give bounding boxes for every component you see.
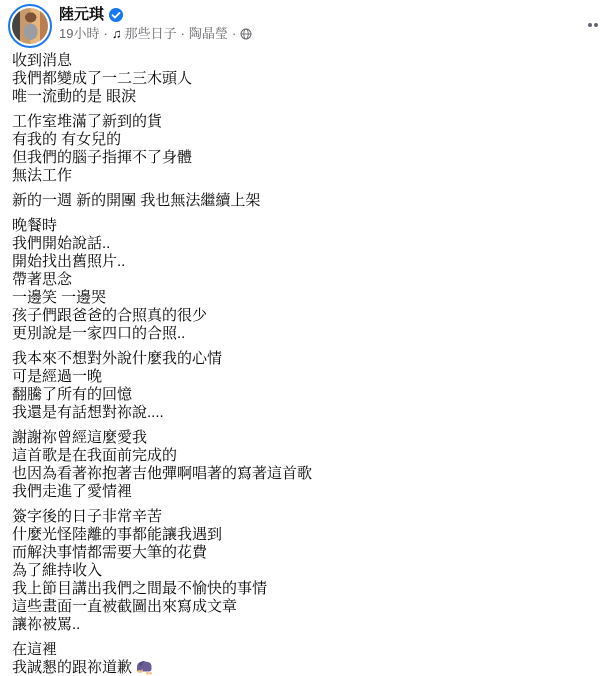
song-title[interactable]: 那些日子 bbox=[125, 26, 177, 42]
post-paragraph: 新的一週 新的開團 我也無法繼續上架 bbox=[12, 192, 584, 210]
post-paragraph: 在這裡 我誠懇的跟祢道歉 bbox=[12, 641, 584, 676]
post-paragraph: 謝謝祢曾經這麼愛我 這首歌是在我面前完成的 也因為看著祢抱著吉他彈啊唱著的寫著這… bbox=[12, 429, 584, 501]
ellipsis-dot bbox=[588, 23, 592, 27]
more-options-button[interactable] bbox=[584, 19, 600, 31]
post-paragraph: 工作室堆滿了新到的貨 有我的 有女兒的 但我們的腦子指揮不了身體 無法工作 bbox=[12, 113, 584, 185]
person-bowing-emoji-icon bbox=[135, 659, 153, 675]
music-note-icon: ♫ bbox=[112, 26, 122, 42]
post-header: 陸元琪 19小時 · ♫ 那些日子 · 陶晶瑩 · bbox=[0, 0, 600, 50]
author-name[interactable]: 陸元琪 bbox=[59, 5, 104, 24]
post-paragraph: 晚餐時 我們開始說話.. 開始找出舊照片.. 帶著思念 一邊笑 一邊哭 孩子們跟… bbox=[12, 217, 584, 343]
ellipsis-dot bbox=[594, 23, 598, 27]
post-paragraph: 收到消息 我們都變成了一二三木頭人 唯一流動的是 眼淚 bbox=[12, 52, 584, 106]
verified-badge-icon bbox=[109, 8, 123, 22]
globe-privacy-icon bbox=[240, 28, 252, 40]
header-info: 陸元琪 19小時 · ♫ 那些日子 · 陶晶瑩 · bbox=[59, 4, 252, 42]
avatar-photo bbox=[12, 8, 48, 44]
post-text: 收到消息 我們都變成了一二三木頭人 唯一流動的是 眼淚工作室堆滿了新到的貨 有我… bbox=[0, 50, 600, 676]
post-paragraph: 簽字後的日子非常辛苦 什麼光怪陸離的事都能讓我遇到 而解決事情都需要大筆的花費 … bbox=[12, 508, 584, 634]
post-paragraph: 我本來不想對外說什麼我的心情 可是經過一晚 翻騰了所有的回憶 我還是有話想對祢說… bbox=[12, 350, 584, 422]
separator-dot: · bbox=[181, 26, 185, 42]
song-artist[interactable]: 陶晶瑩 bbox=[189, 26, 228, 42]
name-row: 陸元琪 bbox=[59, 5, 252, 24]
timestamp[interactable]: 19小時 bbox=[59, 26, 99, 42]
facebook-post: 陸元琪 19小時 · ♫ 那些日子 · 陶晶瑩 · bbox=[0, 0, 600, 676]
post-meta: 19小時 · ♫ 那些日子 · 陶晶瑩 · bbox=[59, 26, 252, 42]
avatar[interactable] bbox=[8, 4, 52, 48]
separator-dot: · bbox=[103, 26, 107, 42]
separator-dot: · bbox=[232, 26, 236, 42]
